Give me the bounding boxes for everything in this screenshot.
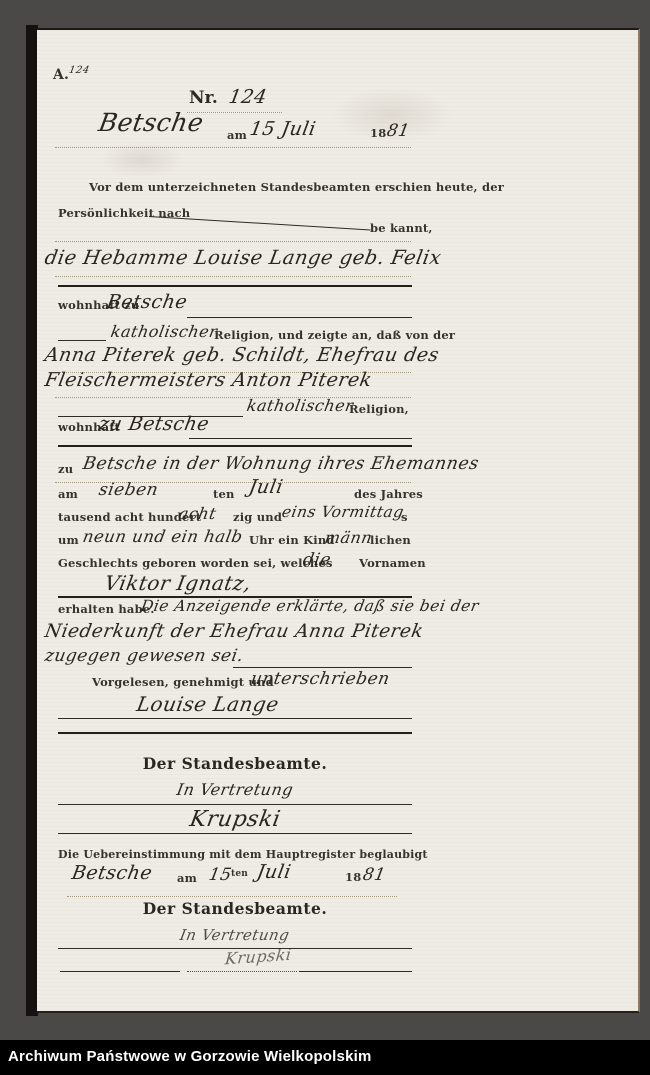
residence2-value: zu Betsche (97, 413, 211, 435)
sex-printed: lichen (370, 533, 411, 547)
vornamen-label: Vornamen (359, 556, 426, 570)
um-label: um (58, 533, 79, 547)
archive-name-label: Archiwum Państwowe w Gorzowie Wielkopols… (8, 1048, 372, 1065)
rule-line (55, 147, 411, 148)
rule-line (55, 397, 411, 398)
uhr-printed: Uhr ein Kind (249, 533, 335, 547)
rule-line (58, 804, 412, 805)
cert-month: Juli (255, 861, 293, 883)
registrar-heading-2: Der Standesbeamte. (58, 899, 412, 918)
rule-line (58, 732, 412, 734)
head-year-printed: 18 (370, 126, 386, 140)
rule-line (187, 971, 297, 972)
cert-ten-label: ten (231, 869, 248, 879)
in-vertretung-handwritten-2: In Vertretung (179, 926, 292, 944)
registrar-signature: Krupski (188, 807, 283, 832)
certification-printed: Die Uebereinstimmung mit dem Hauptregist… (58, 848, 412, 861)
in-vertretung-handwritten: In Vertretung (175, 780, 295, 799)
cert-year-printed: 18 (345, 870, 361, 884)
declaration-line-2: Niederkunft der Ehefrau Anna Piterek (43, 621, 425, 642)
religion1-printed: Religion, und zeigte an, daß von der (214, 328, 455, 342)
bekannt-label: be kannt, (370, 221, 433, 235)
head-year-handwritten: 81 (385, 121, 411, 141)
record-number-line: Nr. 124 (189, 86, 267, 108)
rule-line (233, 667, 412, 668)
cert-year-handwritten: 81 (361, 865, 387, 885)
declaration-line-3: zugegen gewesen sei. (43, 646, 245, 666)
year-printed-3: s (401, 510, 408, 524)
die-handwritten: die (301, 550, 332, 570)
cert-place: Betsche (70, 862, 154, 884)
rule-line (58, 833, 412, 834)
cert-day: 15 (207, 865, 233, 885)
religion2-value: katholischer (245, 396, 355, 415)
birth-month-value: Juli (247, 476, 285, 498)
intro-printed-text: Vor dem unterzeichneten Standesbeamten e… (89, 180, 504, 194)
nr-value: 124 (227, 86, 269, 108)
strike-line (149, 216, 371, 231)
mother-line: Anna Piterek geb. Schildt, Ehefrau des (43, 344, 441, 366)
corner-annotation-letter: A. (53, 67, 69, 83)
ten-label: ten (213, 487, 235, 501)
rule-line (299, 971, 412, 972)
rule-line (67, 896, 397, 897)
corner-annotation: A.124 (53, 64, 90, 83)
head-date: 15 Juli (248, 118, 318, 140)
sex-handwritten: männ (323, 528, 374, 547)
religion1-value: katholischer (109, 322, 219, 341)
birthplace-printed: zu (58, 462, 73, 476)
year-handwritten-1: acht (177, 504, 218, 523)
declaration-line-1: Die Anzeigende erklärte, daß sie bei der (139, 597, 480, 615)
registry-document-page: A.124 Nr. 124 Betsche am 15 Juli 18 81 V… (37, 28, 640, 1013)
head-am-label: am (227, 128, 247, 142)
rule-line (60, 971, 180, 972)
vorgelesen-printed: Vorgelesen, genehmigt und (92, 675, 274, 689)
declarant-name: die Hebamme Louise Lange geb. Felix (43, 246, 443, 269)
year-handwritten-2: eins Vormittag (280, 503, 405, 521)
rule-line (58, 285, 412, 287)
rule-line (187, 317, 412, 318)
unterschrieben-handwritten: unterschrieben (249, 669, 391, 689)
head-place: Betsche (96, 108, 206, 137)
des-jahres-label: des Jahres (354, 487, 423, 501)
rule-line (58, 718, 412, 719)
corner-annotation-number: 124 (68, 65, 91, 76)
am-label: am (58, 487, 78, 501)
registrar-signature-2: Krupski (224, 945, 293, 969)
rule-line (189, 438, 412, 439)
birth-day-value: sieben (97, 480, 160, 500)
religion2-printed: Religion, (349, 402, 409, 416)
residence1-value: Betsche (105, 291, 189, 313)
cert-am-label: am (177, 871, 197, 885)
birth-time-value: neun und ein halb (81, 527, 244, 546)
father-line: Fleischermeisters Anton Piterek (43, 369, 374, 391)
declarant-signature: Louise Lange (135, 692, 281, 716)
rule-line (58, 445, 412, 447)
archive-footer-bar: Archiwum Państwowe w Gorzowie Wielkopols… (0, 1040, 650, 1075)
year-printed-2: zig und (233, 510, 282, 524)
rule-line (55, 276, 411, 277)
rule-line (55, 241, 411, 242)
ink-bleed-smudge (97, 140, 187, 180)
birthplace-handwritten: Betsche in der Wohnung ihres Ehemannes (81, 454, 480, 474)
rule-line (58, 340, 106, 341)
geschlechts-printed: Geschlechts geboren worden sei, welches (58, 556, 333, 570)
registrar-heading: Der Standesbeamte. (58, 754, 412, 773)
nr-label: Nr. (189, 88, 218, 108)
child-name-value: Viktor Ignatz, (103, 571, 253, 595)
